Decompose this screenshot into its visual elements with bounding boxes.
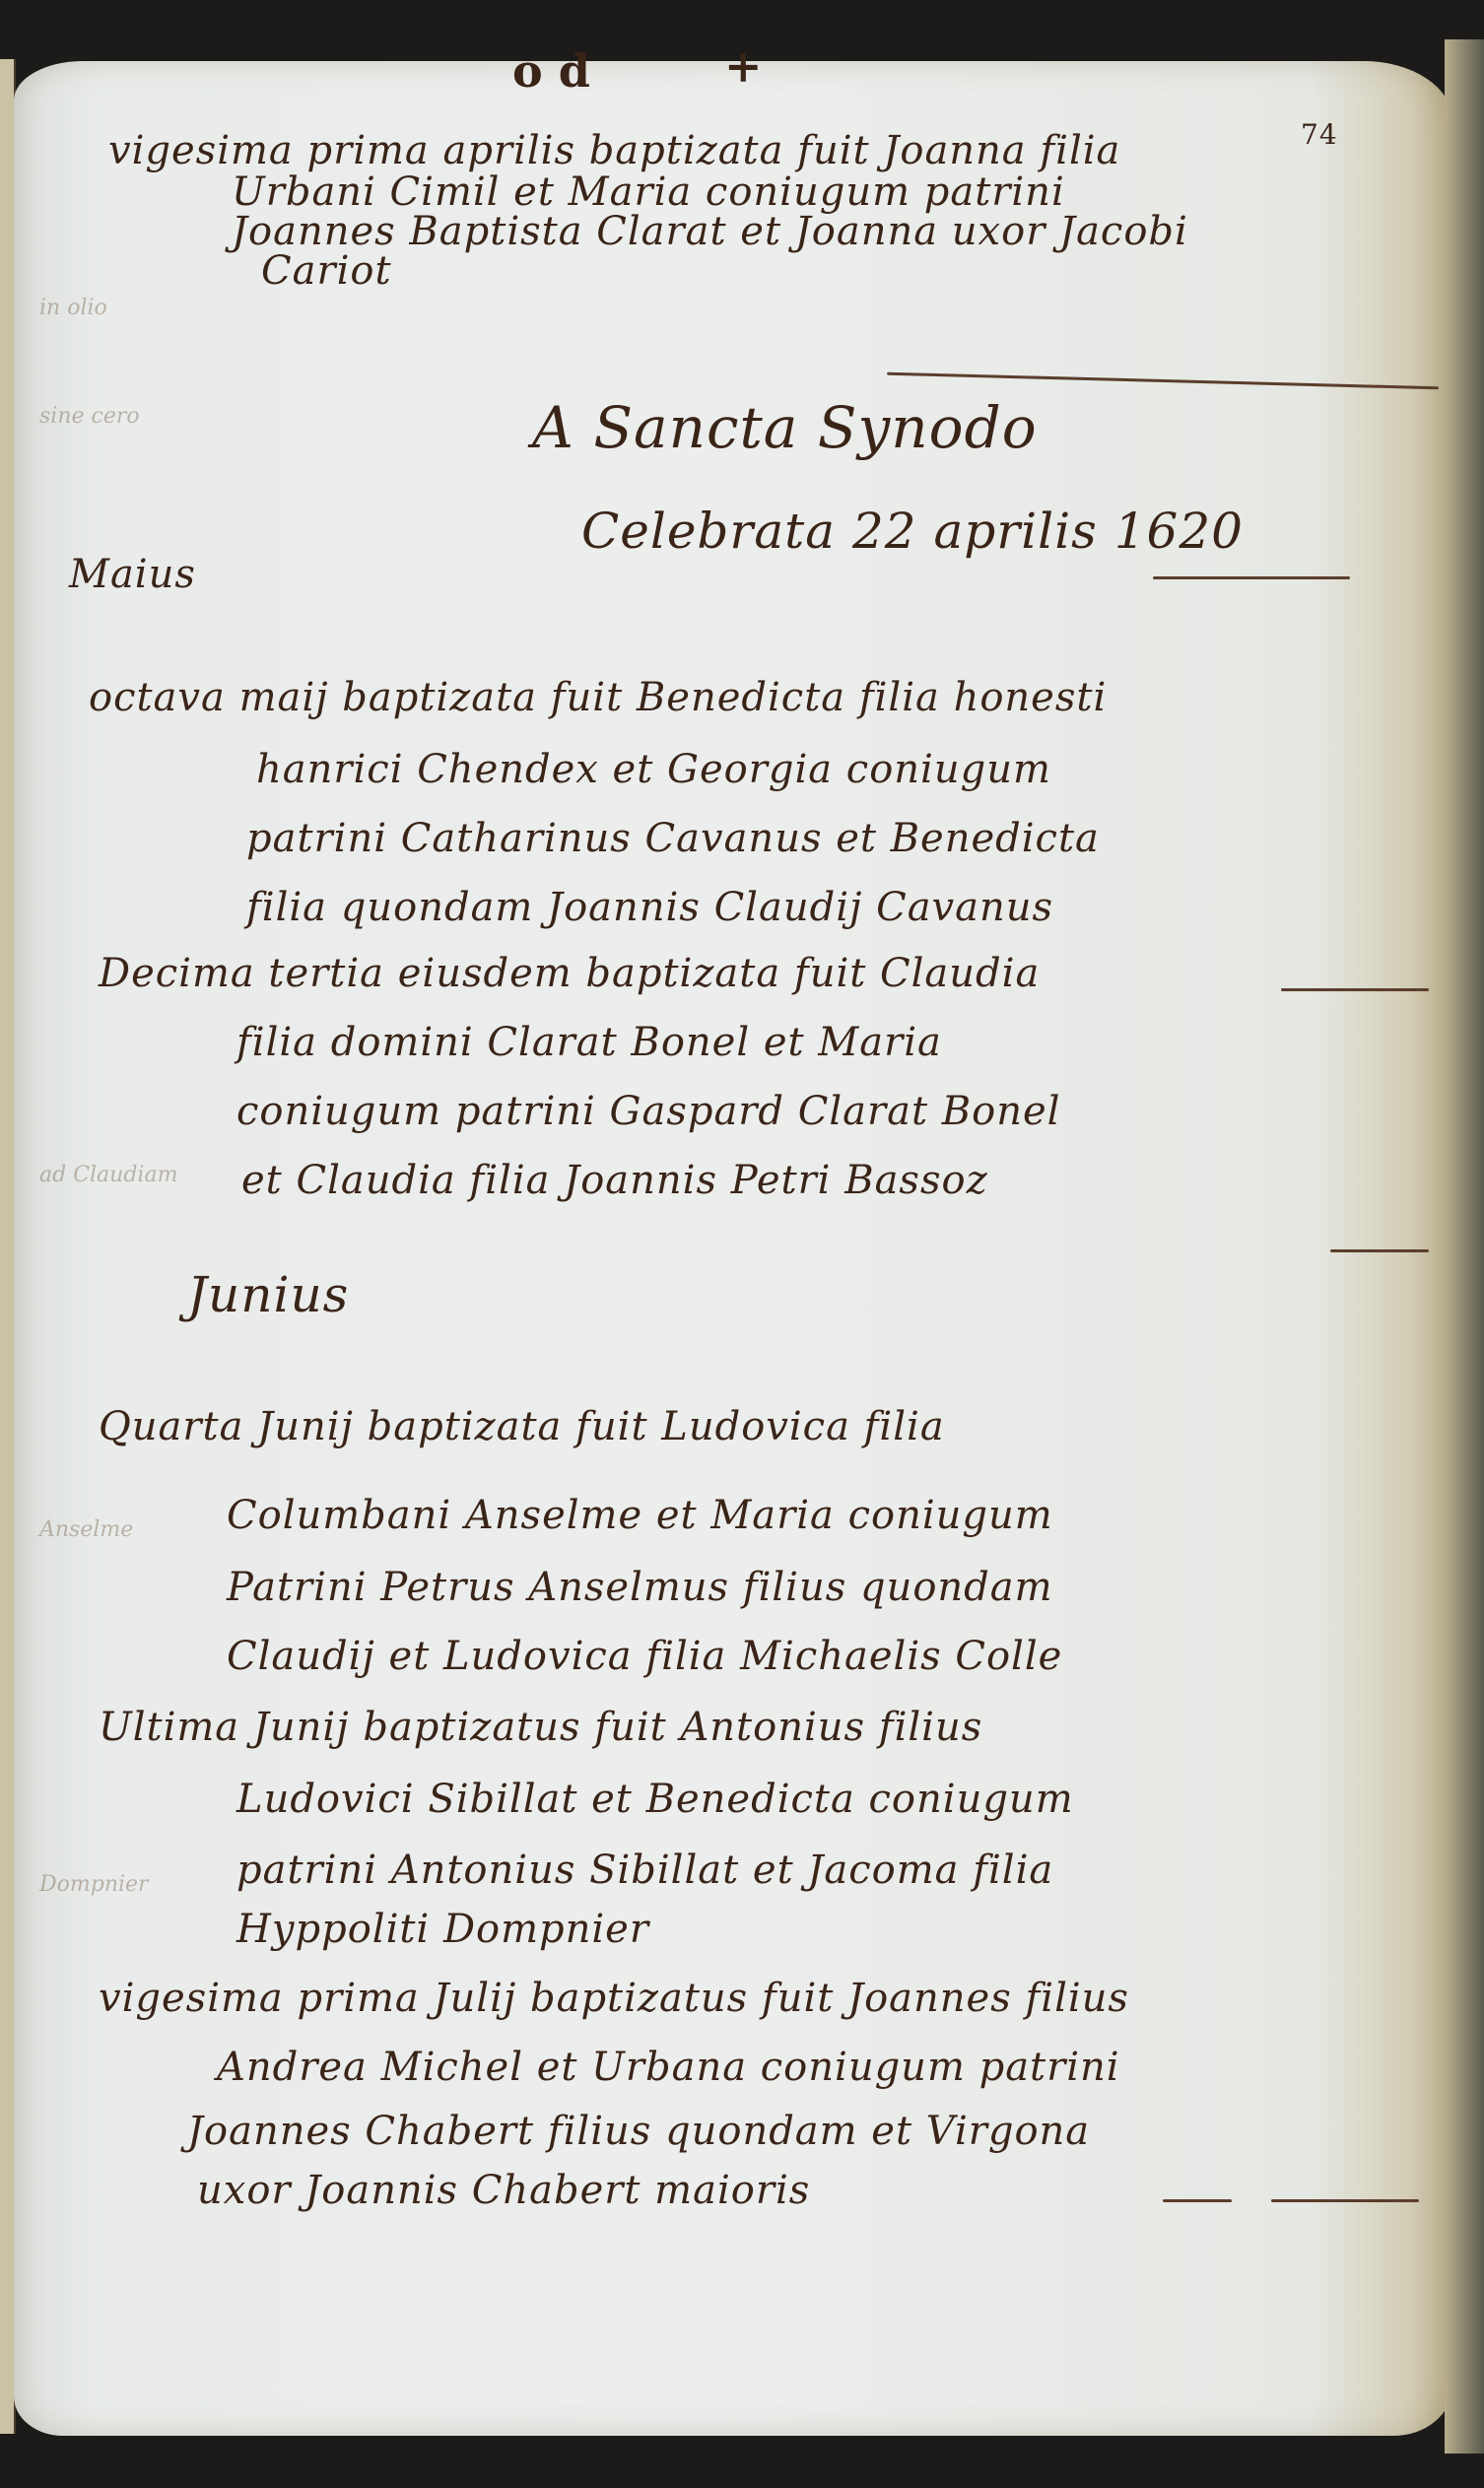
entry-line: Andrea Michel et Urbana coniugum patrini (217, 2045, 1120, 2090)
margin-note: in olio (39, 296, 107, 320)
entry-line: hanrici Chendex et Georgia coniugum (256, 747, 1051, 792)
margin-note: Anselme (39, 1517, 133, 1542)
entry-line: vigesima prima aprilis baptizata fuit Jo… (108, 128, 1120, 173)
cross-mark: + (724, 39, 763, 93)
entry-line: octava maij baptizata fuit Benedicta fil… (89, 675, 1107, 720)
entry-line: patrini Catharinus Cavanus et Benedicta (246, 816, 1100, 861)
entry-line: uxor Joannis Chabert maioris (197, 2168, 810, 2213)
page-edge-right (1445, 39, 1484, 2454)
month-label-maius: Maius (69, 552, 196, 597)
synod-date: Celebrata 22 aprilis 1620 (581, 503, 1244, 560)
entry-line: Columbani Anselme et Maria coniugum (227, 1493, 1053, 1538)
separator-line (1281, 988, 1429, 991)
separator-line (1271, 2199, 1419, 2202)
top-mark: o d (512, 44, 590, 98)
synod-heading: A Sancta Synodo (532, 394, 1038, 461)
separator-line (1153, 576, 1350, 579)
entry-line: Claudij et Ludovica filia Michaelis Coll… (227, 1634, 1062, 1679)
entry-line: filia quondam Joannis Claudij Cavanus (246, 885, 1053, 930)
entry-line: Patrini Petrus Anselmus filius quondam (227, 1565, 1053, 1610)
margin-note: sine cero (39, 404, 140, 429)
separator-line (1163, 2199, 1232, 2202)
margin-note: Dompnier (39, 1872, 149, 1897)
entry-line: Ultima Junij baptizatus fuit Antonius fi… (99, 1705, 982, 1750)
entry-line: Hyppoliti Dompnier (236, 1907, 649, 1952)
page-number: 74 (1301, 118, 1338, 151)
entry-line: coniugum patrini Gaspard Clarat Bonel (236, 1089, 1060, 1134)
month-label-junius: Junius (187, 1266, 349, 1323)
entry-line: Quarta Junij baptizata fuit Ludovica fil… (99, 1404, 945, 1449)
entry-line: Cariot (261, 248, 392, 294)
margin-note: ad Claudiam (39, 1163, 177, 1187)
entry-line: Joannes Chabert filius quondam et Virgon… (187, 2109, 1090, 2154)
entry-line: patrini Antonius Sibillat et Jacoma fili… (236, 1848, 1053, 1893)
entry-line: Decima tertia eiusdem baptizata fuit Cla… (99, 951, 1040, 996)
separator-line (1330, 1249, 1429, 1252)
entry-line: filia domini Clarat Bonel et Maria (236, 1020, 942, 1065)
entry-line: Ludovici Sibillat et Benedicta coniugum (236, 1777, 1074, 1822)
entry-line: vigesima prima Julij baptizatus fuit Joa… (99, 1976, 1129, 2021)
entry-line: et Claudia filia Joannis Petri Bassoz (241, 1158, 988, 1203)
